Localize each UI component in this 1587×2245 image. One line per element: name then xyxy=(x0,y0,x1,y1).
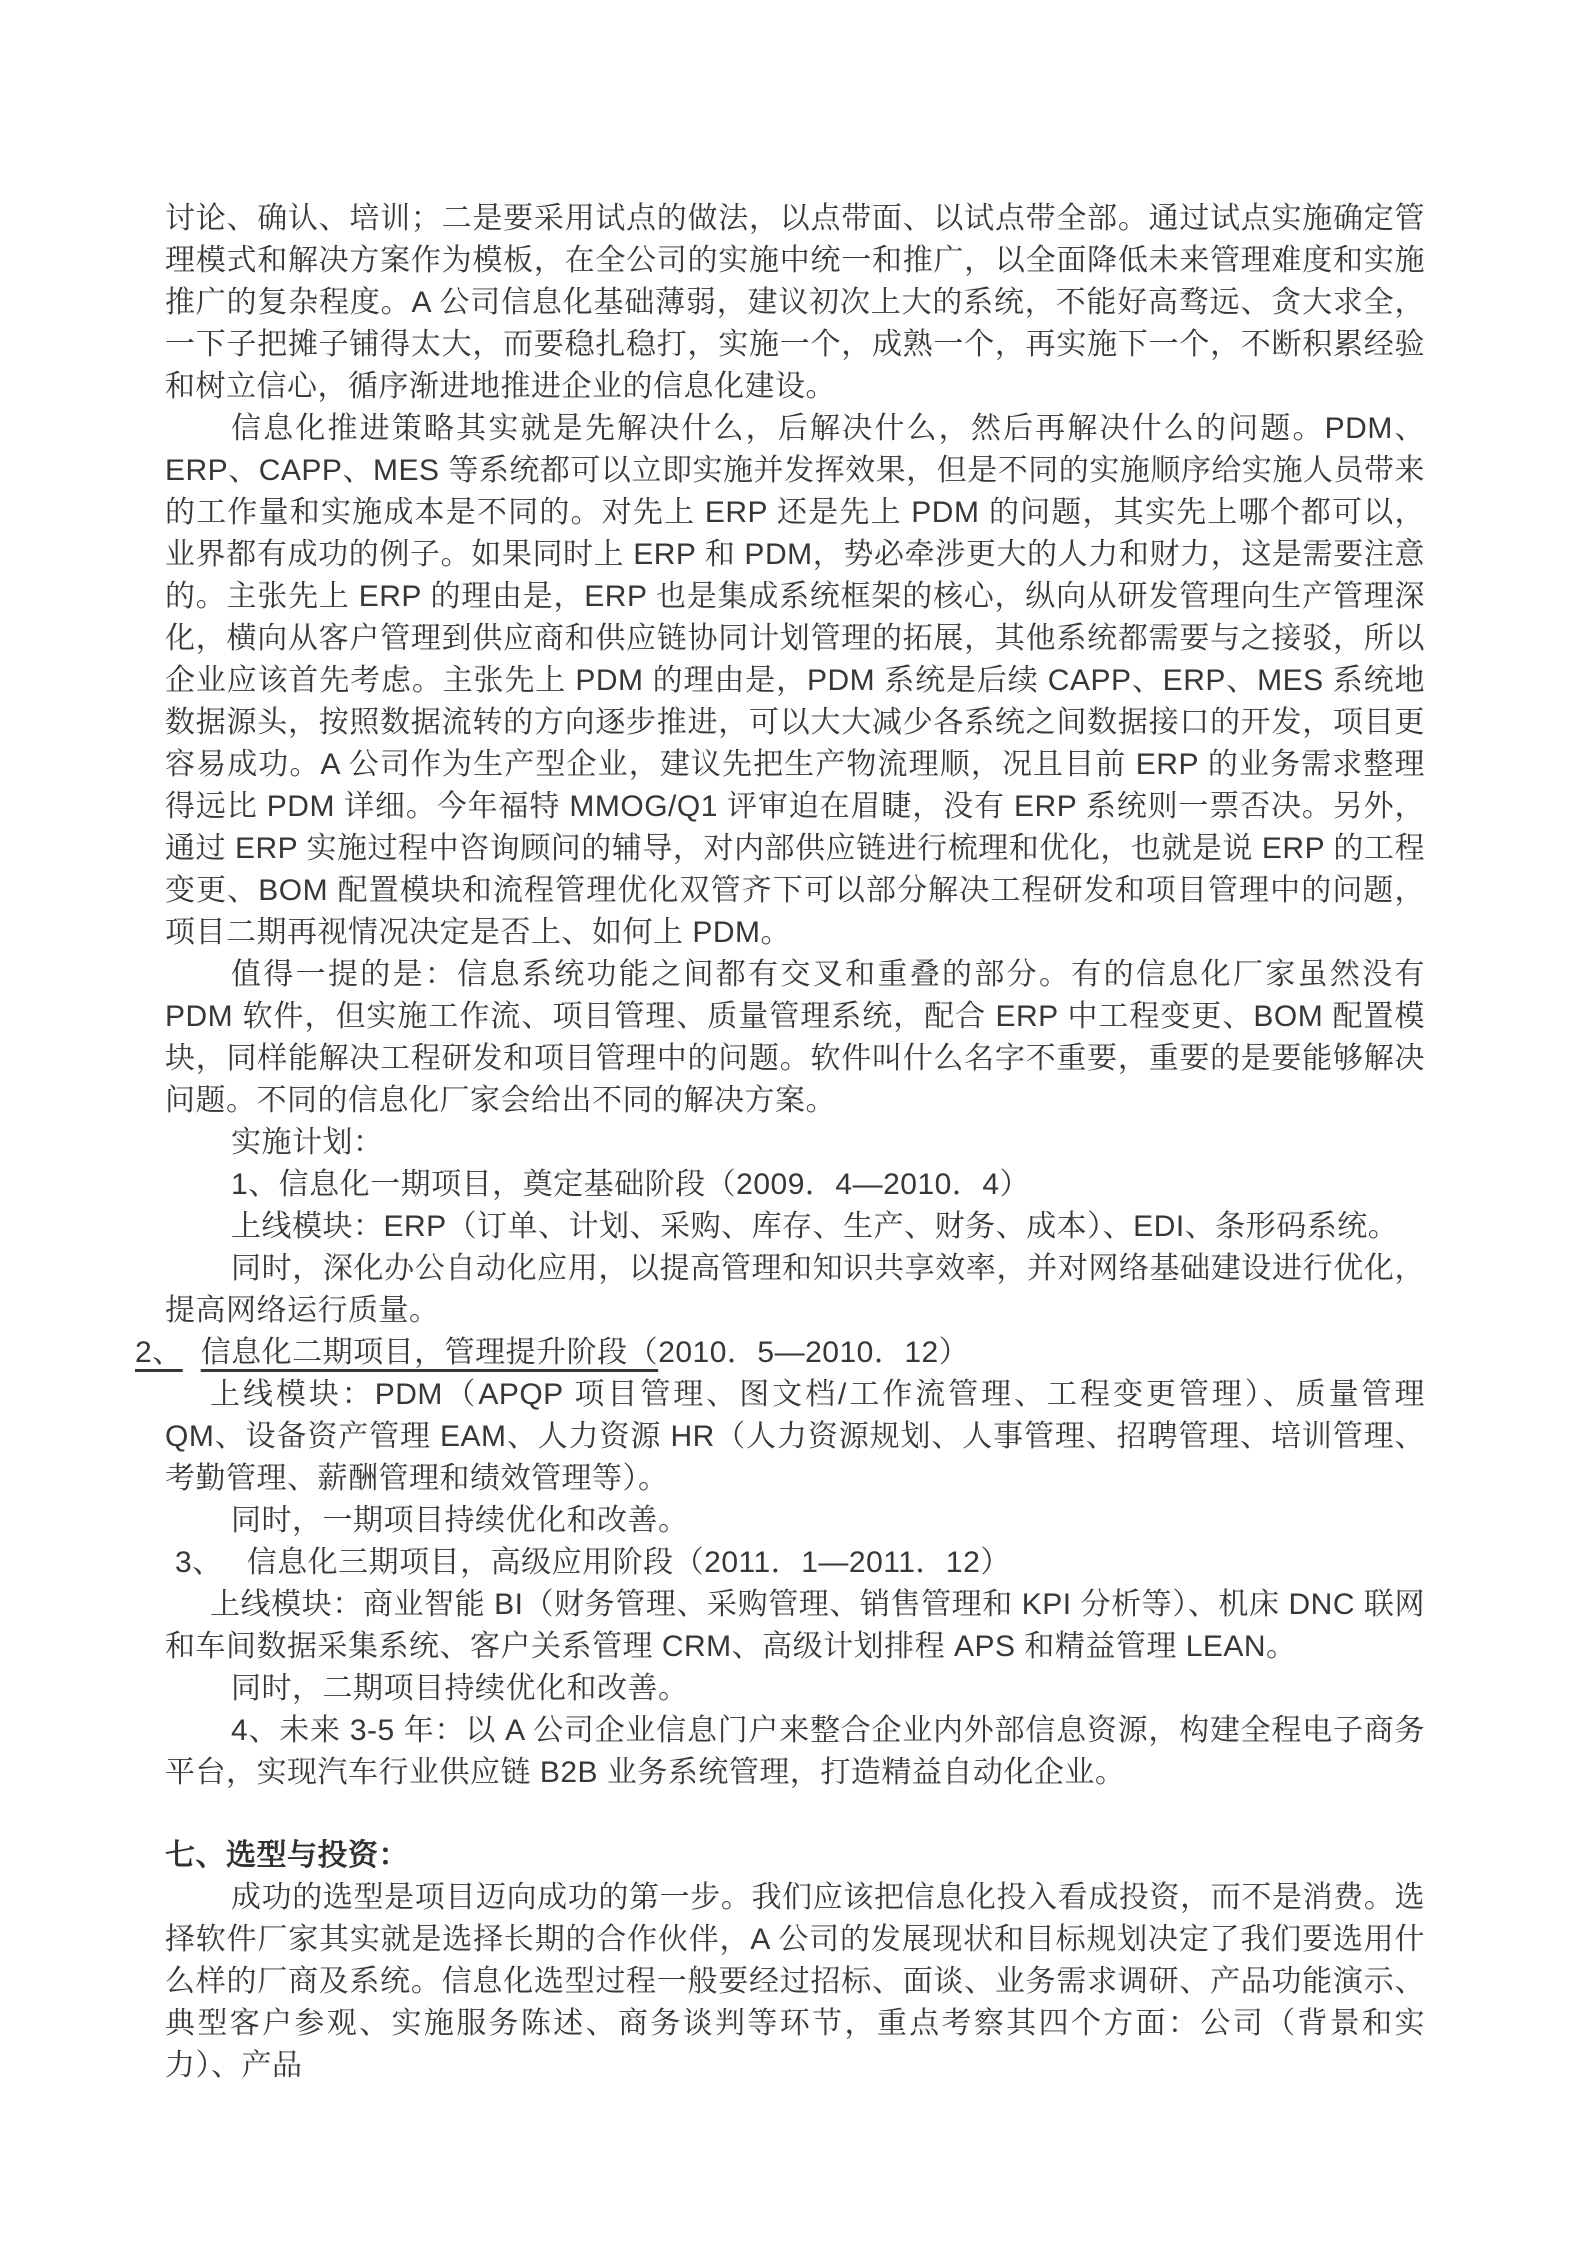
phase1-item: 1、信息化一期项目，奠定基础阶段（2009．4—2010．4） xyxy=(165,1164,1425,1206)
phase2-modules: 上线模块：PDM（APQP 项目管理、图文档/工作流管理、工程变更管理）、质量管… xyxy=(165,1374,1425,1500)
phase2-item: 2、信息化二期项目，管理提升阶段（2010．5—2010．12） xyxy=(135,1332,1425,1374)
section7-heading: 七、选型与投资： xyxy=(165,1835,1425,1877)
phase1-oa-extra: 同时，深化办公自动化应用，以提高管理和知识共享效率，并对网络基础建设进行优化，提… xyxy=(165,1248,1425,1332)
phase2-list-marker: 2、 xyxy=(135,1336,201,1369)
phase2-title-dates: 2010．5—2010．12） xyxy=(658,1336,969,1369)
document-page: 讨论、确认、培训；二是要采用试点的做法，以点带面、以试点带全部。通过试点实施确定… xyxy=(0,0,1587,2245)
section7-para: 成功的选型是项目迈向成功的第一步。我们应该把信息化投入看成投资，而不是消费。选择… xyxy=(165,1877,1425,2087)
phase3-title-text: 信息化三期项目，高级应用阶段（2011．1—2011．12） xyxy=(247,1546,1011,1579)
impl-plan-label: 实施计划： xyxy=(165,1122,1425,1164)
phase1-modules: 上线模块：ERP（订单、计划、采购、库存、生产、财务、成本）、EDI、条形码系统… xyxy=(165,1206,1425,1248)
phase3-modules: 上线模块：商业智能 BI（财务管理、采购管理、销售管理和 KPI 分析等）、机床… xyxy=(165,1584,1425,1668)
phase3-item: 3、信息化三期项目，高级应用阶段（2011．1—2011．12） xyxy=(175,1542,1425,1584)
phase2-underlined-title: 2、信息化二期项目，管理提升阶段（ xyxy=(135,1336,658,1369)
para-pilot-approach: 讨论、确认、培训；二是要采用试点的做法，以点带面、以试点带全部。通过试点实施确定… xyxy=(165,198,1425,408)
phase2-improve: 同时，一期项目持续优化和改善。 xyxy=(165,1500,1425,1542)
phase3-improve: 同时，二期项目持续优化和改善。 xyxy=(165,1668,1425,1710)
para-promotion-strategy: 信息化推进策略其实就是先解决什么，后解决什么，然后再解决什么的问题。PDM、ER… xyxy=(165,408,1425,954)
phase4-item: 4、未来 3-5 年：以 A 公司企业信息门户来整合企业内外部信息资源，构建全程… xyxy=(165,1710,1425,1794)
phase2-title-text: 信息化二期项目，管理提升阶段（ xyxy=(201,1336,659,1369)
phase3-list-marker: 3、 xyxy=(175,1546,247,1579)
para-overlap-note: 值得一提的是：信息系统功能之间都有交叉和重叠的部分。有的信息化厂家虽然没有 PD… xyxy=(165,954,1425,1122)
